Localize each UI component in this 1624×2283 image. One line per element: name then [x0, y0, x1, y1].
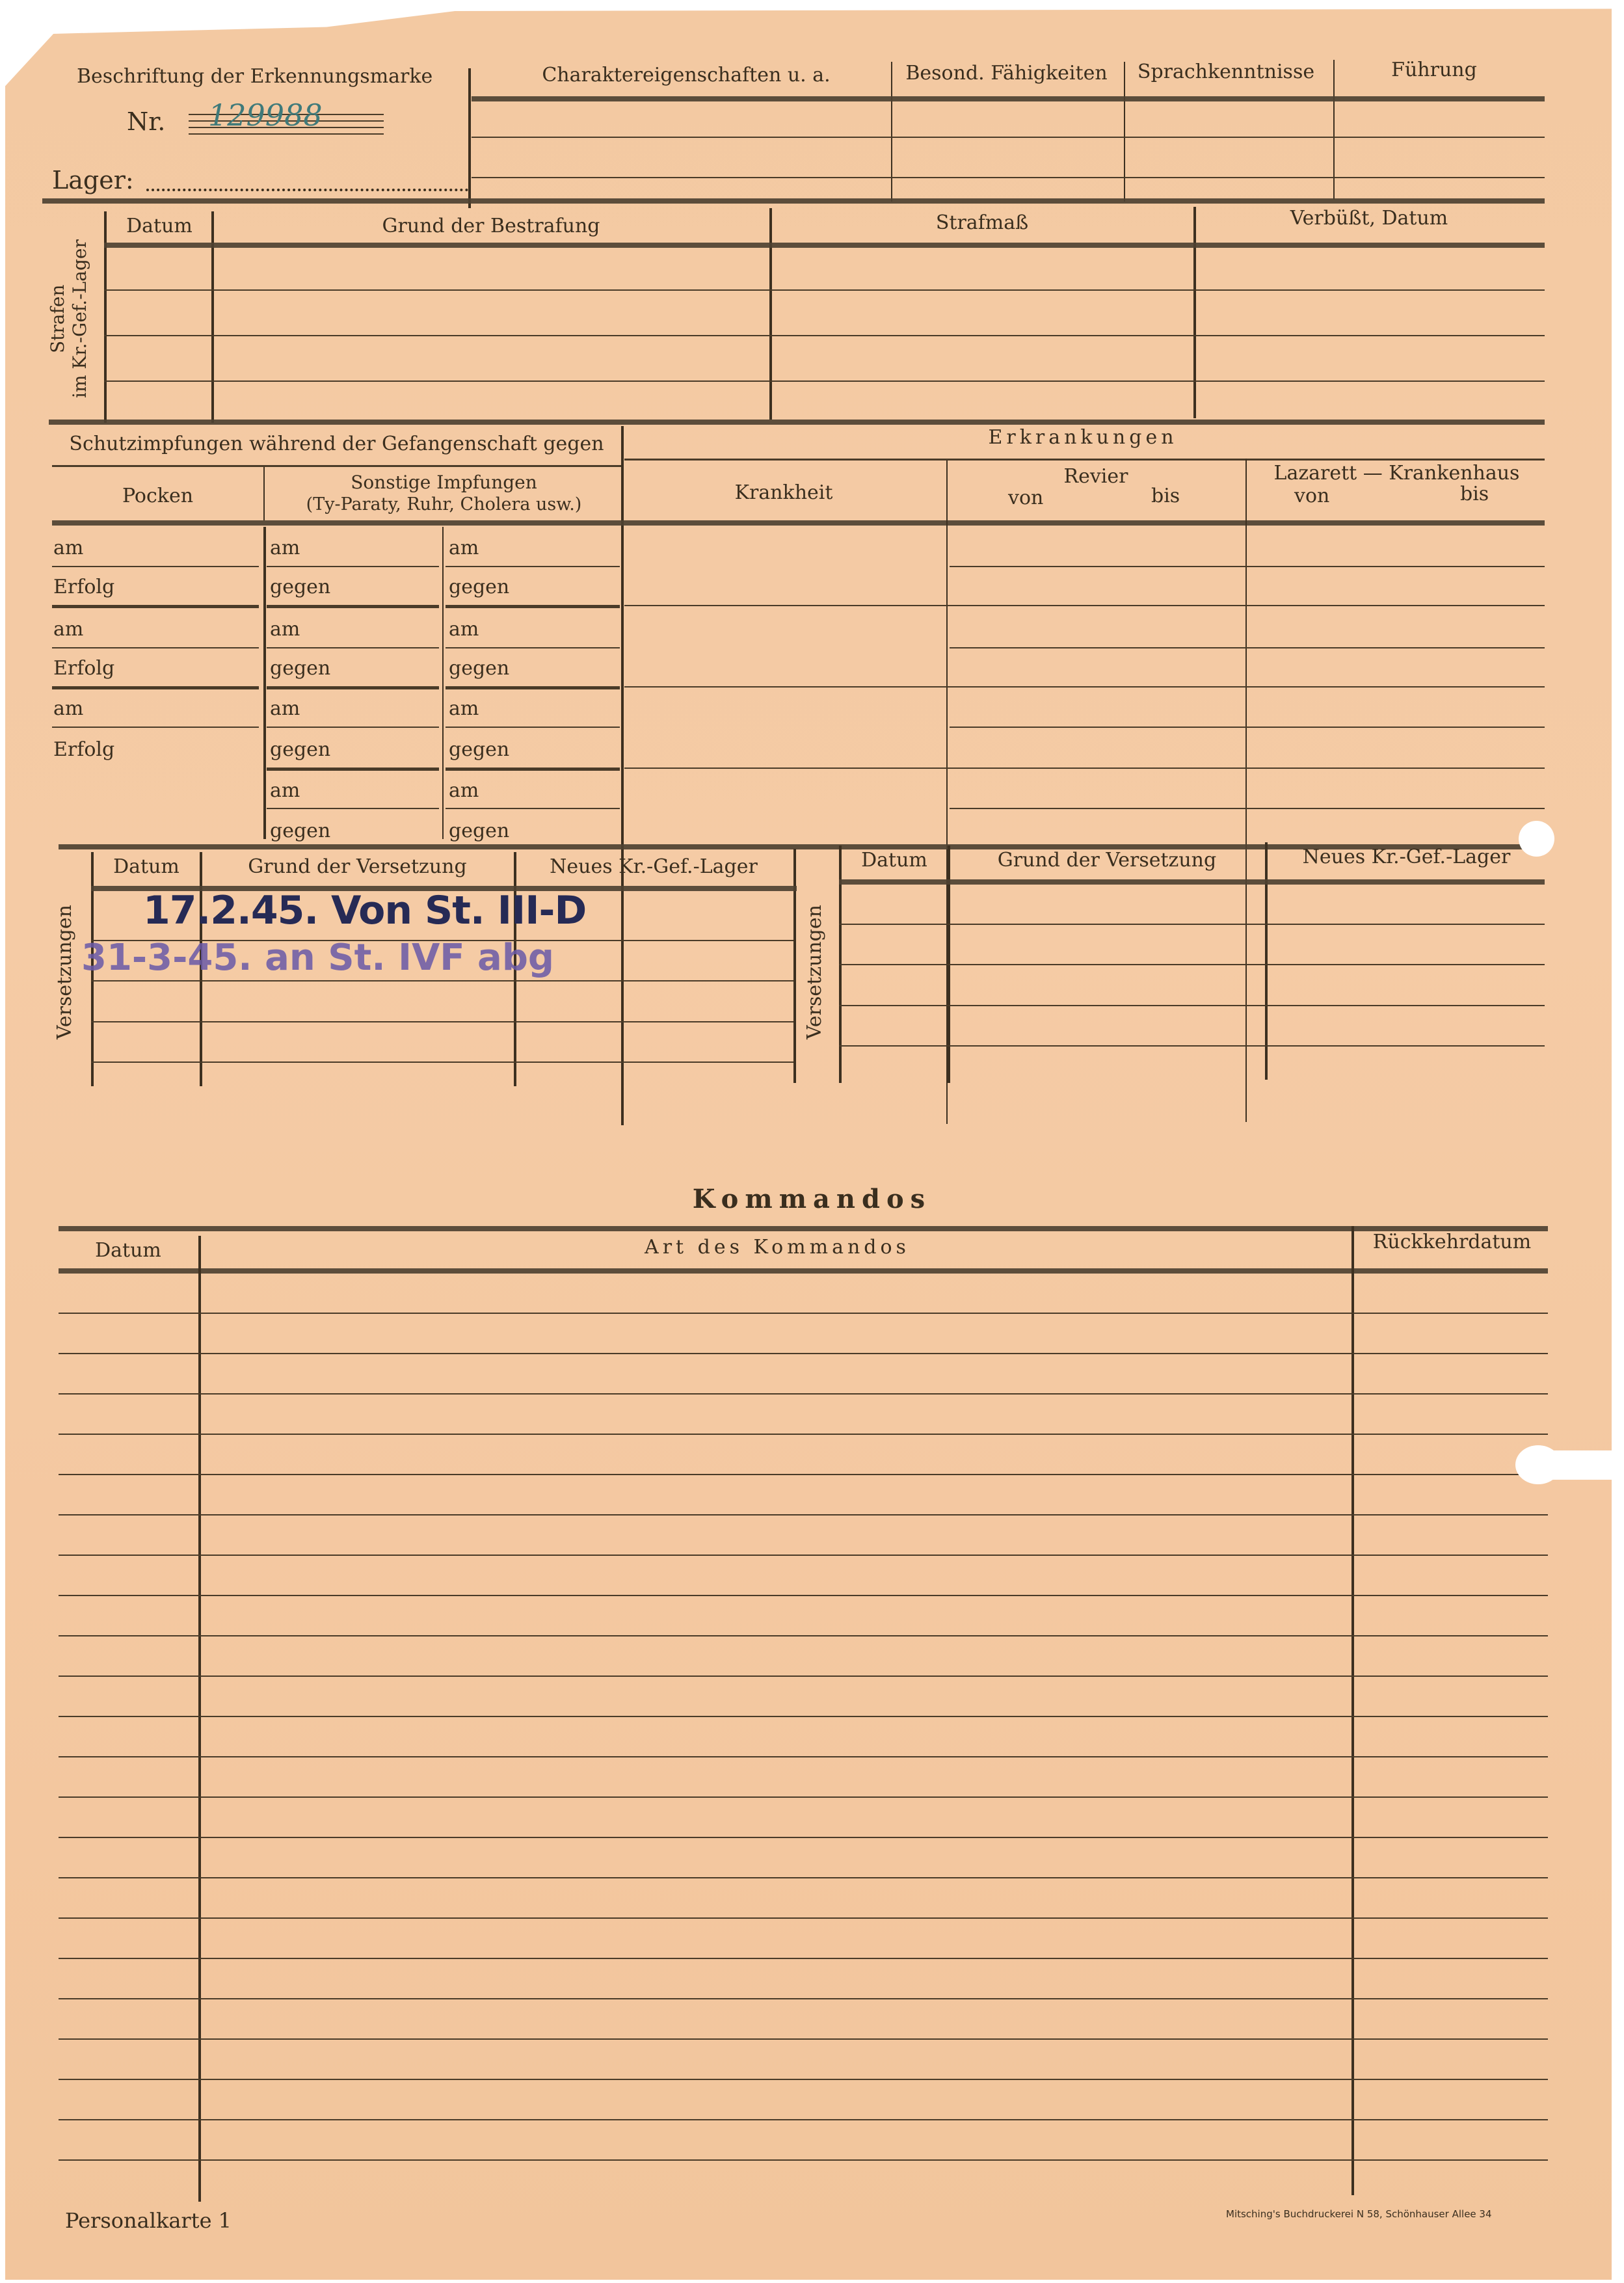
col-sonstige: Sonstige Impfungen: [267, 472, 621, 493]
col-strafmass: Strafmaß: [774, 211, 1190, 234]
lazarett-bis: bis: [1460, 483, 1489, 505]
col-faehigkeiten: Besond. Fähigkeiten: [894, 62, 1119, 85]
lazarett-von: von: [1294, 485, 1329, 507]
tag-title: Beschriftung der Erkennungsmarke: [77, 65, 433, 88]
revier-von: von: [1008, 487, 1043, 509]
transfer-stamp-arrival: 17.2.45. Von St. III-D: [143, 888, 586, 933]
pocken-column[interactable]: am Erfolg am Erfolg am Erfolg: [52, 527, 260, 839]
lager-field[interactable]: [146, 189, 468, 191]
punch-hole: [1519, 821, 1554, 857]
transfers-left-side-label: Versetzungen: [53, 898, 76, 1047]
col-verbuesst: Verbüßt, Datum: [1197, 207, 1541, 230]
transfers-left-col-grund: Grund der Versetzung: [203, 855, 512, 878]
divider: [468, 68, 471, 208]
transfers-right-col-lager: Neues Kr.-Gef.-Lager: [1268, 846, 1545, 868]
kommandos-col-art: Art des Kommandos: [202, 1236, 1353, 1259]
nr-value-handwritten: 129988: [208, 98, 323, 133]
col-sonstige-sub: (Ty-Paraty, Ruhr, Cholera usw.): [267, 494, 621, 514]
col-pocken: Pocken: [52, 485, 263, 507]
transfers-right-entry-area[interactable]: [839, 885, 1545, 1080]
col-charakter: Charaktereigenschaften u. a.: [481, 64, 891, 87]
col-revier: Revier: [950, 465, 1242, 488]
form-name: Personalkarte 1: [65, 2208, 232, 2233]
lager-label: Lager:: [52, 166, 134, 194]
sonstige-column-2[interactable]: am gegen am gegen am gegen am gegen: [446, 527, 620, 839]
kommandos-title: Kommandos: [0, 1184, 1624, 1214]
transfers-right-side-label: Versetzungen: [803, 898, 826, 1047]
punishments-side-label: Strafenim Kr.-Gef.-Lager: [47, 215, 91, 423]
col-grund: Grund der Bestrafung: [215, 215, 767, 237]
transfers-right-col-datum: Datum: [842, 849, 946, 872]
col-fuehrung: Führung: [1337, 59, 1532, 81]
vaccinations-title: Schutzimpfungen während der Gefangenscha…: [52, 433, 621, 455]
transfers-right-col-grund: Grund der Versetzung: [951, 849, 1263, 872]
sonstige-column-1[interactable]: am gegen am gegen am gegen am gegen: [267, 527, 439, 839]
col-datum: Datum: [107, 215, 211, 237]
illnesses-title: Erkrankungen: [624, 426, 1541, 449]
printer-imprint: Mitsching's Buchdruckerei N 58, Schönhau…: [1226, 2208, 1492, 2220]
transfers-left-col-datum: Datum: [94, 855, 198, 878]
col-sprachen: Sprachkenntnisse: [1122, 60, 1330, 83]
revier-bis: bis: [1151, 485, 1180, 507]
transfer-stamp-departure: 31-3-45. an St. IVF abg: [81, 937, 554, 979]
traits-entry-area[interactable]: [472, 98, 1545, 202]
transfers-left-col-lager: Neues Kr.-Gef.-Lager: [517, 855, 790, 878]
kommandos-ruled-lines: [59, 1274, 1548, 2197]
col-lazarett: Lazarett — Krankenhaus: [1249, 462, 1545, 485]
col-krankheit: Krankheit: [624, 481, 943, 504]
kommandos-col-rueckkehr: Rückkehrdatum: [1356, 1231, 1548, 1253]
punishments-entry-area[interactable]: [104, 247, 1545, 420]
kommandos-col-datum: Datum: [60, 1239, 196, 1262]
nr-label: Nr.: [127, 107, 165, 136]
illnesses-entry-area[interactable]: [624, 527, 1545, 839]
tear: [1535, 1450, 1624, 1480]
